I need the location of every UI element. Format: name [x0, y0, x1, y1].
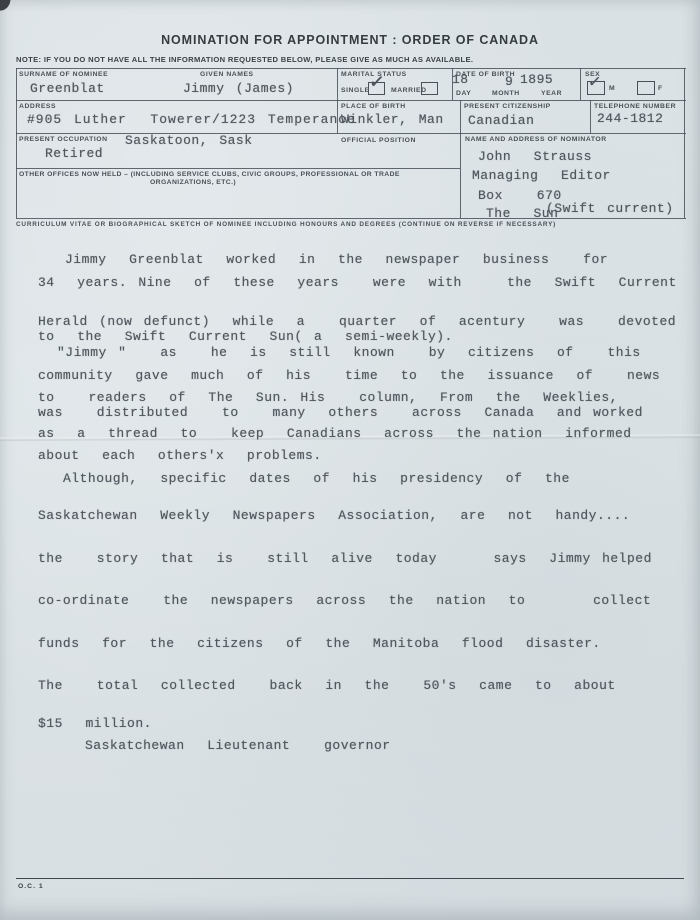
married-checkbox [421, 82, 438, 95]
male-checkmark-icon: ✓ [587, 71, 602, 91]
body-line: "Jimmy " as he is still known by citizen… [38, 345, 668, 360]
occupation-label: PRESENT OCCUPATION [19, 136, 108, 143]
body-line: funds for the citizens of the Manitoba f… [38, 636, 668, 651]
body-line: to the Swift Current Sun( a semi-weekly)… [38, 329, 668, 344]
body-line: 34 years. Nine of these years were with … [38, 275, 668, 290]
other-offices-label: OTHER OFFICES NOW HELD – (INCLUDING SERV… [19, 171, 400, 178]
dob-day-label: DAY [456, 90, 471, 97]
table-rule-row3 [16, 168, 460, 169]
dob-month-label: MONTH [492, 90, 520, 97]
scanned-document-page: NOMINATION FOR APPOINTMENT : ORDER OF CA… [0, 0, 700, 920]
cv-caption: CURRICULUM VITAE OR BIOGRAPHICAL SKETCH … [16, 221, 556, 228]
male-label: M [609, 85, 615, 92]
body-line: to readers of The Sun. His column, From … [38, 390, 668, 405]
official-position-label: OFFICIAL POSITION [341, 137, 416, 144]
citizenship-label: PRESENT CITIZENSHIP [464, 103, 551, 110]
table-rule-row2 [16, 133, 686, 134]
page-title: NOMINATION FOR APPOINTMENT : ORDER OF CA… [0, 33, 700, 47]
footer-rule [16, 878, 684, 879]
single-label: SINGLE [341, 87, 370, 94]
female-checkbox [637, 81, 655, 95]
body-line: about each others'x problems. [38, 448, 668, 463]
telephone-label: TELEPHONE NUMBER [594, 103, 676, 110]
table-border-left [16, 68, 17, 218]
dob-month-value: 9 [505, 74, 513, 89]
nominator-line: Managing Editor [472, 168, 611, 183]
single-checkmark-icon: ✓ [368, 70, 386, 94]
dob-year-value: 1895 [520, 72, 553, 87]
body-line: Jimmy Greenblat worked in the newspaper … [38, 252, 668, 267]
body-line: The total collected back in the 50's cam… [38, 678, 668, 693]
body-line: was distributed to many others across Ca… [38, 405, 668, 420]
place-of-birth-label: PLACE OF BIRTH [341, 103, 406, 110]
given-names-label: GIVEN NAMES [200, 71, 254, 78]
form-note: NOTE: IF YOU DO NOT HAVE ALL THE INFORMA… [16, 55, 473, 64]
address-value: #905 Luther Towerer/1223 Temperance [27, 112, 356, 127]
nominator-line: John Strauss [478, 149, 592, 164]
table-rule-row1 [16, 100, 686, 101]
surname-label: SURNAME OF NOMINEE [19, 71, 108, 78]
table-border-top [16, 68, 686, 69]
given-names-value: Jimmy (James) [183, 81, 294, 96]
body-line: Herald (now defunct) while a quarter of … [38, 314, 668, 329]
female-label: F [658, 85, 663, 92]
table-border-right [684, 68, 685, 218]
address-overflow-value: Saskatoon, Sask [125, 133, 253, 148]
dob-day-value: 18 [452, 72, 469, 87]
body-line: the story that is still alive today says… [38, 551, 668, 566]
place-of-birth-value: Winkler, Man [341, 112, 444, 127]
address-label: ADDRESS [19, 103, 56, 110]
table-divider-nominator [460, 100, 461, 218]
other-offices-label-cont: ORGANIZATIONS, ETC.) [150, 179, 236, 186]
form-number: O.C. 1 [18, 883, 44, 890]
scan-corner-artifact [0, 0, 11, 12]
table-divider-citizenship-phone [590, 100, 591, 133]
body-line: Saskatchewan Lieutenant governor [38, 738, 668, 753]
body-line: Although, specific dates of his presiden… [38, 471, 668, 486]
dob-year-label: YEAR [541, 90, 562, 97]
body-line: $15 million. [38, 716, 668, 731]
body-line: community gave much of his time to the i… [38, 368, 668, 383]
occupation-value: Retired [45, 146, 103, 161]
table-border-bottom [16, 218, 686, 219]
body-line: Saskatchewan Weekly Newspapers Associati… [38, 508, 668, 523]
surname-value: Greenblat [30, 81, 105, 96]
telephone-value: 244-1812 [597, 111, 663, 126]
nominator-line: (Swift current) [546, 201, 674, 216]
nominator-label: NAME AND ADDRESS OF NOMINATOR [465, 136, 607, 143]
table-divider-dob-sex [580, 68, 581, 100]
biographical-sketch: Jimmy Greenblat worked in the newspaper … [38, 252, 668, 753]
body-line: co-ordinate the newspapers across the na… [38, 593, 668, 608]
citizenship-value: Canadian [468, 113, 534, 128]
body-line: as a thread to keep Canadians across the… [38, 426, 668, 441]
